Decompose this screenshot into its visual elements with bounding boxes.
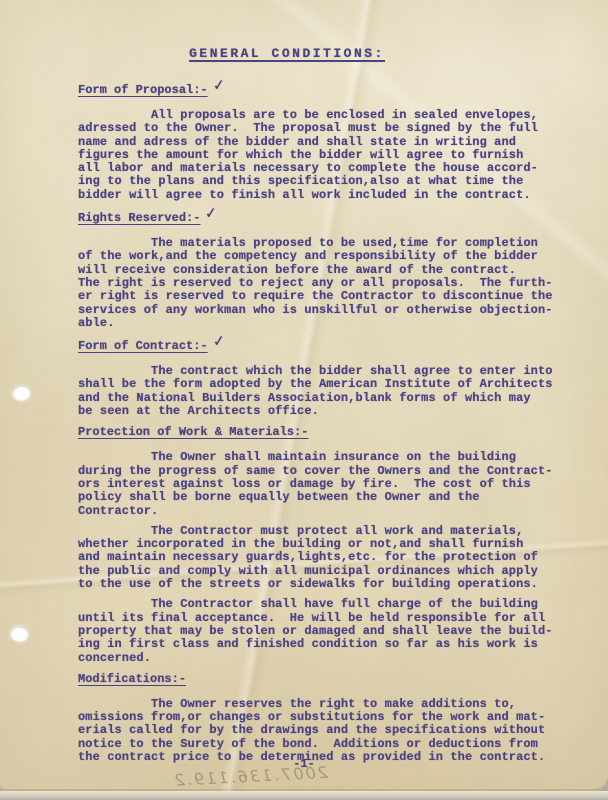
paper-bottom-edge [0, 791, 608, 800]
section-heading: Modifications:- [78, 672, 564, 686]
paragraph: The contract which the bidder shall agre… [78, 365, 564, 418]
paragraph: The Owner reserves the right to make add… [78, 698, 564, 764]
section: Rights Reserved:-✓ The materials propose… [78, 209, 564, 330]
section: Modifications:- The Owner reserves the r… [78, 672, 564, 764]
section: Protection of Work & Materials:- The Own… [78, 425, 564, 664]
page-title: GENERAL CONDITIONS: [44, 46, 530, 61]
paragraph: The materials proposed to be used,time f… [78, 237, 564, 330]
document-content: GENERAL CONDITIONS: Form of Proposal:-✓ … [0, 0, 608, 791]
handwritten-check-mark: ✓ [212, 334, 226, 349]
paragraph: All proposals are to be enclosed in seal… [78, 109, 564, 202]
document-page: GENERAL CONDITIONS: Form of Proposal:-✓ … [0, 0, 608, 791]
section-heading-text: Form of Proposal:- [78, 83, 208, 97]
section: Form of Proposal:-✓ All proposals are to… [78, 81, 564, 202]
section-heading: Protection of Work & Materials:- [78, 425, 564, 439]
handwritten-check-mark: ✓ [204, 205, 218, 220]
section-heading-text: Form of Contract:- [78, 339, 208, 353]
section: Form of Contract:-✓ The contract which t… [78, 337, 564, 418]
paragraph: The Contractor must protect all work and… [78, 525, 564, 591]
section-heading: Form of Contract:-✓ [78, 337, 564, 353]
section-heading: Rights Reserved:-✓ [78, 209, 564, 225]
section-heading-text: Protection of Work & Materials:- [78, 425, 308, 439]
section-heading: Form of Proposal:-✓ [78, 81, 564, 97]
section-heading-text: Rights Reserved:- [78, 211, 200, 225]
sections-container: Form of Proposal:-✓ All proposals are to… [78, 81, 564, 764]
paragraph: The Owner shall maintain insurance on th… [78, 451, 564, 517]
section-heading-text: Modifications:- [78, 672, 186, 686]
handwritten-check-mark: ✓ [212, 77, 226, 92]
paragraph: The Contractor shall have full charge of… [78, 598, 564, 664]
